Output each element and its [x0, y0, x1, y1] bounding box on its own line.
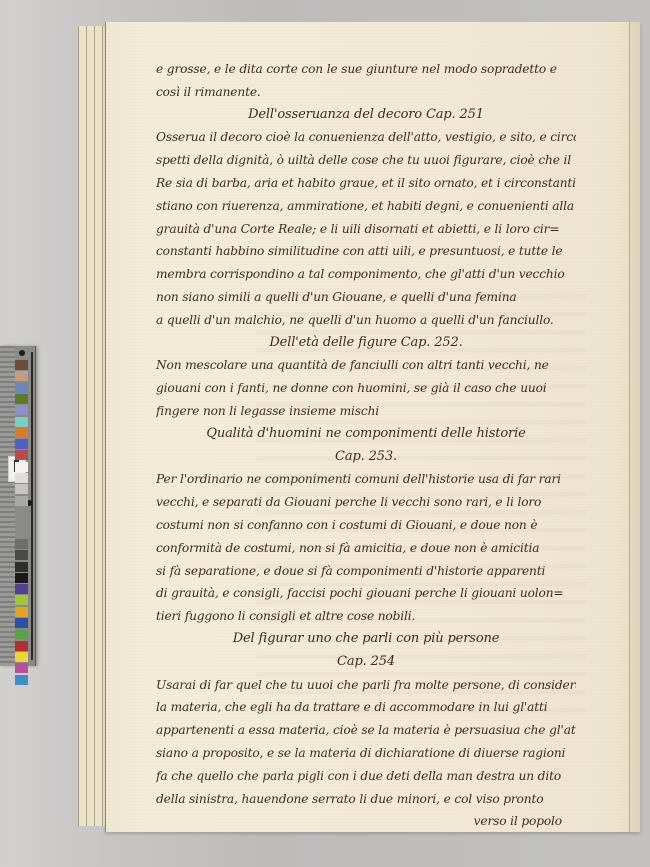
text-line: Osserua il decoro cioè la conuenienza de… — [156, 126, 576, 149]
checker-rail — [31, 352, 33, 660]
color-calibration-target — [0, 346, 36, 666]
text-line: la materia, che egli ha da trattare e di… — [156, 696, 576, 719]
text-line: Usarai di far quel che tu uuoi che parli… — [156, 674, 576, 697]
color-swatch — [15, 360, 28, 370]
text-line: Re sia di barba, aria et habito graue, e… — [156, 172, 576, 195]
text-line: tieri fuggono li consigli et altre cose … — [156, 605, 576, 628]
color-swatch — [15, 473, 28, 483]
text-line: così il rimanente. — [156, 81, 576, 104]
color-swatch — [15, 462, 28, 472]
text-line: constanti habbino similitudine con atti … — [156, 240, 576, 263]
color-swatch — [15, 663, 28, 673]
chapter-number: Cap. 253. — [156, 446, 576, 469]
text-line: stiano con riuerenza, ammiratione, et ha… — [156, 195, 576, 218]
color-swatch — [15, 641, 28, 651]
chapter-heading: Dell'età delle figure Cap. 252. — [156, 332, 576, 355]
text-line: conformità de costumi, non si fà amiciti… — [156, 537, 576, 560]
text-line: membra corrispondino a tal componimento,… — [156, 263, 576, 286]
chapter-number: Cap. 254 — [156, 651, 576, 674]
text-line: Per l'ordinario ne componimenti comuni d… — [156, 468, 576, 491]
color-swatch — [15, 394, 28, 404]
checker-grid — [0, 346, 15, 666]
text-line: spetti della dignità, ò uiltà delle cose… — [156, 149, 576, 172]
chapter-heading: Dell'osseruanza del decoro Cap. 251 — [156, 104, 576, 127]
checker-dot-top — [19, 350, 25, 356]
manuscript-text: e grosse, e le dita corte con le sue giu… — [156, 58, 576, 833]
color-swatch — [15, 371, 28, 381]
chapter-heading: Del figurar uno che parli con più person… — [156, 628, 576, 651]
text-line: grauità d'una Corte Reale; e li uili dis… — [156, 218, 576, 241]
text-line: Non mescolare una quantità de fanciulli … — [156, 354, 576, 377]
text-line: costumi non si confanno con i costumi di… — [156, 514, 576, 537]
color-swatch — [15, 629, 28, 639]
text-line: giouani con i fanti, ne donne con huomin… — [156, 377, 576, 400]
text-line: si fà separatione, e doue si fà componim… — [156, 560, 576, 583]
color-swatch — [15, 428, 28, 438]
color-swatch — [15, 562, 28, 572]
text-line: non siano simili a quelli d'un Giouane, … — [156, 286, 576, 309]
color-swatch — [15, 618, 28, 628]
color-swatch — [15, 539, 28, 549]
color-swatch — [15, 595, 28, 605]
text-line: della sinistra, hauendone serrato li due… — [156, 788, 576, 811]
color-swatch — [15, 652, 28, 662]
chapter-heading: Qualità d'huomini ne componimenti delle … — [156, 423, 576, 446]
color-swatch — [15, 484, 28, 494]
text-line: appartenenti a essa materia, cioè se la … — [156, 719, 576, 742]
text-line: di grauità, e consigli, faccisi pochi gi… — [156, 582, 576, 605]
text-line: a quelli d'un malchio, ne quelli d'un hu… — [156, 309, 576, 332]
color-swatch — [15, 607, 28, 617]
text-line: siano a proposito, e se la materia di di… — [156, 742, 576, 765]
color-swatch — [15, 450, 28, 460]
color-swatch — [15, 584, 28, 594]
color-swatch — [15, 405, 28, 415]
color-swatch — [15, 550, 28, 560]
color-swatch — [15, 383, 28, 393]
color-swatch — [15, 675, 28, 685]
catchword: verso il popolo — [156, 810, 576, 833]
text-line: e grosse, e le dita corte con le sue giu… — [156, 58, 576, 81]
text-line: vecchi, e separati da Giouani perche li … — [156, 491, 576, 514]
color-swatch — [15, 573, 28, 583]
color-swatch — [15, 496, 28, 506]
text-line: fa che quello che parla pigli con i due … — [156, 765, 576, 788]
page-right-edge — [629, 22, 640, 832]
color-swatch — [15, 439, 28, 449]
color-swatch — [15, 417, 28, 427]
text-line: fingere non li legasse insieme mischi — [156, 400, 576, 423]
